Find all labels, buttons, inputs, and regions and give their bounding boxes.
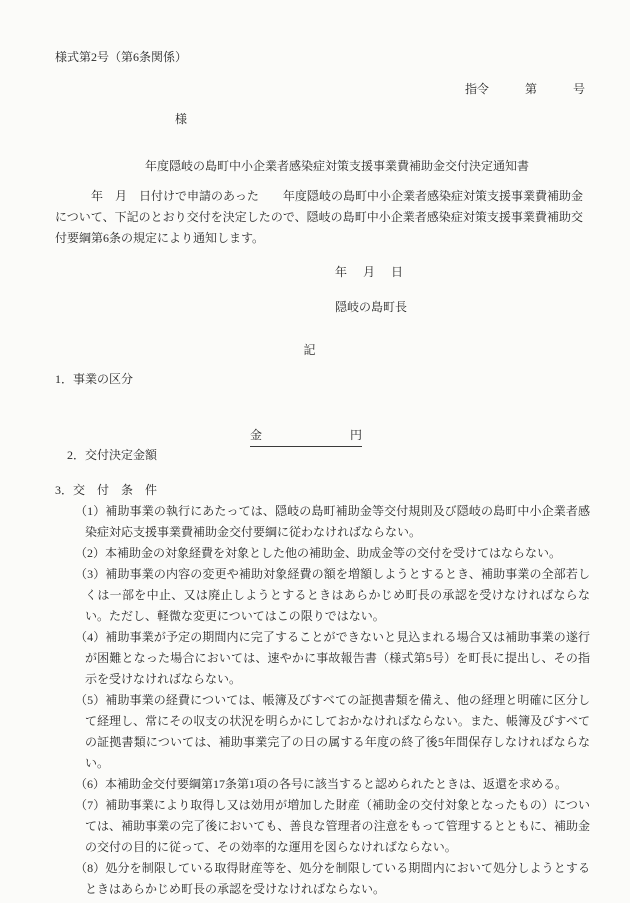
form-number: 様式第2号（第6条関係） (55, 48, 187, 66)
condition-item-2: （2）本補助金の対象経費を対象とした他の補助金、助成金等の交付を受けてはならない… (55, 543, 590, 564)
conditions-list: （1）補助事業の執行にあたっては、隠岐の島町補助金等交付規則及び隠岐の島町中小企… (55, 501, 590, 900)
condition-item-1: （1）補助事業の執行にあたっては、隠岐の島町補助金等交付規則及び隠岐の島町中小企… (55, 501, 590, 543)
amount-blank-field: 金 円 (250, 426, 362, 447)
addressee-honorific: 様 (175, 110, 187, 128)
amount-suffix: 円 (350, 426, 362, 444)
section2-heading: 2．交付決定金額 (67, 448, 157, 462)
ki-marker: 記 (0, 341, 620, 359)
document-title: 年度隠岐の島町中小企業者感染症対策支援事業費補助金交付決定通知書 (145, 157, 529, 175)
condition-item-6: （6）本補助金交付要綱第17条第1項の各号に該当すると認められたときは、返還を求… (55, 774, 590, 795)
condition-item-7: （7）補助事業により取得し又は効用が増加した財産（補助金の交付対象となったもの）… (55, 795, 590, 858)
section1-heading: 1．事業の区分 (55, 370, 133, 388)
body-paragraph: 年 月 日付けで申請のあった 年度隠岐の島町中小企業者感染症対策支援事業費補助金… (55, 186, 583, 249)
amount-prefix: 金 (250, 426, 262, 444)
condition-item-5: （5）補助事業の経費については、帳簿及びすべての証拠書類を備え、他の経理と明確に… (55, 690, 590, 774)
directive-number-line: 指令 第 号 (0, 80, 585, 98)
condition-item-4: （4）補助事業が予定の期間内に完了することができないと見込まれる場合又は補助事業… (55, 627, 590, 690)
sender-mayor: 隠岐の島町長 (335, 298, 407, 316)
issue-date-line: 年 月 日 (335, 263, 405, 281)
condition-item-8: （8）処分を制限している取得財産等を、処分を制限している期間内において処分しよう… (55, 858, 590, 900)
document-page: 様式第2号（第6条関係） 指令 第 号 様 年度隠岐の島町中小企業者感染症対策支… (0, 0, 630, 903)
condition-item-3: （3）補助事業の内容の変更や補助対象経費の額を増額しようとするとき、補助事業の全… (55, 564, 590, 627)
section3-heading: 3．交 付 条 件 (55, 481, 157, 499)
